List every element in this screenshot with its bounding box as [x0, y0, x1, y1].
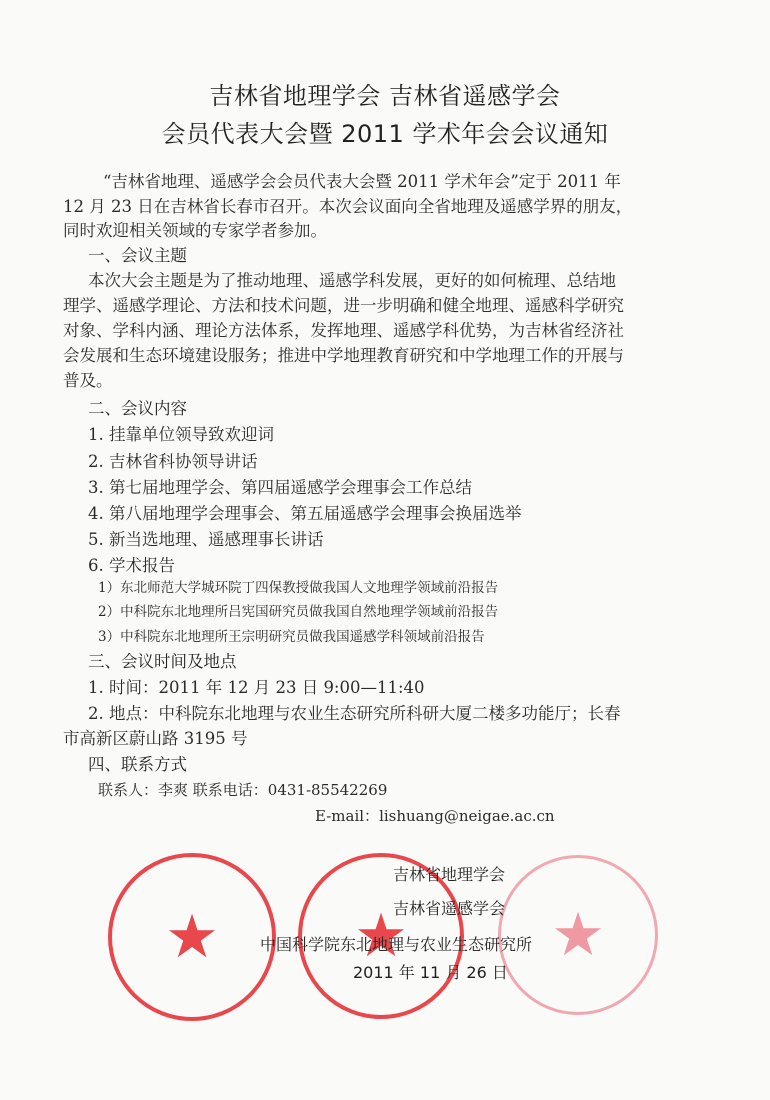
signature-org3: 中国科学院东北地理与农业生态研究所 [260, 932, 532, 955]
email-row: E-mail：lishuang@neigae.ac.cn [315, 805, 555, 827]
signature-date: 2011 年 11 月 26 日 [353, 960, 508, 983]
meeting-place: 2. 地点：中科院东北地理与农业生态研究所科研大厦二楼多功能厅；长春 [88, 703, 621, 725]
section-heading-time-place: 三、会议时间及地点 [88, 651, 237, 673]
agenda-item: 3. 第七届地理学会、第四届遥感学会理事会工作总结 [88, 477, 472, 499]
intro-line: 12 月 23 日在吉林省长春市召开。本次会议面向全省地理及遥感学界的朋友， [63, 196, 632, 218]
section-heading-theme: 一、会议主题 [88, 245, 187, 267]
email-label: E-mail： [315, 807, 379, 825]
theme-paragraph-line: 对象、学科内涵、理论方法体系，发挥地理、遥感学科优势，为吉林省经济社 [63, 320, 624, 342]
contact-info: 联系人：李爽 联系电话：0431-85542269 [98, 779, 387, 801]
document-title-line2: 会员代表大会暨 2011 学术年会会议通知 [0, 114, 770, 149]
intro-line: “吉林省地理、遥感学会会员代表大会暨 2011 学术年会”定于 2011 年 [103, 171, 621, 193]
report-item: 3）中科院东北地理所王宗明研究员做我国遥感学科领域前沿报告 [98, 626, 485, 648]
report-item: 1）东北师范大学城环院丁四保教授做我国人文地理学领域前沿报告 [98, 577, 498, 599]
intro-line: 同时欢迎相关领域的专家学者参加。 [63, 220, 327, 242]
meeting-time: 1. 时间：2011 年 12 月 23 日 9:00—11:40 [88, 677, 425, 699]
document-page: 吉林省地理学会 吉林省遥感学会 会员代表大会暨 2011 学术年会会议通知 “吉… [0, 0, 770, 1100]
star-icon: ★ [551, 905, 605, 965]
theme-paragraph-line: 理学、遥感学理论、方法和技术问题，进一步明确和健全地理、遥感科学研究 [63, 295, 624, 317]
email-link[interactable]: lishuang@neigae.ac.cn [379, 807, 555, 825]
agenda-item: 1. 挂靠单位领导致欢迎词 [88, 424, 274, 446]
agenda-item: 6. 学术报告 [88, 555, 175, 577]
signature-org2: 吉林省遥感学会 [393, 896, 505, 919]
star-icon: ★ [165, 907, 219, 967]
agenda-item: 2. 吉林省科协领导讲话 [88, 451, 258, 473]
agenda-item: 5. 新当选地理、遥感理事长讲话 [88, 529, 324, 551]
theme-paragraph-line: 本次大会主题是为了推动地理、遥感学科发展，更好的如何梳理、总结地 [88, 270, 616, 292]
section-heading-contact: 四、联系方式 [88, 754, 187, 776]
section-heading-content: 二、会议内容 [88, 398, 187, 420]
stamp-geography-society: ★ [108, 853, 276, 1021]
theme-paragraph-line: 会发展和生态环境建设服务；推进中学地理教育研究和中学地理工作的开展与 [63, 345, 624, 367]
document-title-line1: 吉林省地理学会 吉林省遥感学会 [0, 76, 770, 111]
meeting-place: 市高新区蔚山路 3195 号 [63, 728, 247, 750]
report-item: 2）中科院东北地理所吕宪国研究员做我国自然地理学领域前沿报告 [98, 601, 498, 623]
signature-org1: 吉林省地理学会 [393, 862, 505, 885]
agenda-item: 4. 第八届地理学会理事会、第五届遥感学会理事会换届选举 [88, 503, 522, 525]
theme-paragraph-line: 普及。 [63, 370, 113, 392]
